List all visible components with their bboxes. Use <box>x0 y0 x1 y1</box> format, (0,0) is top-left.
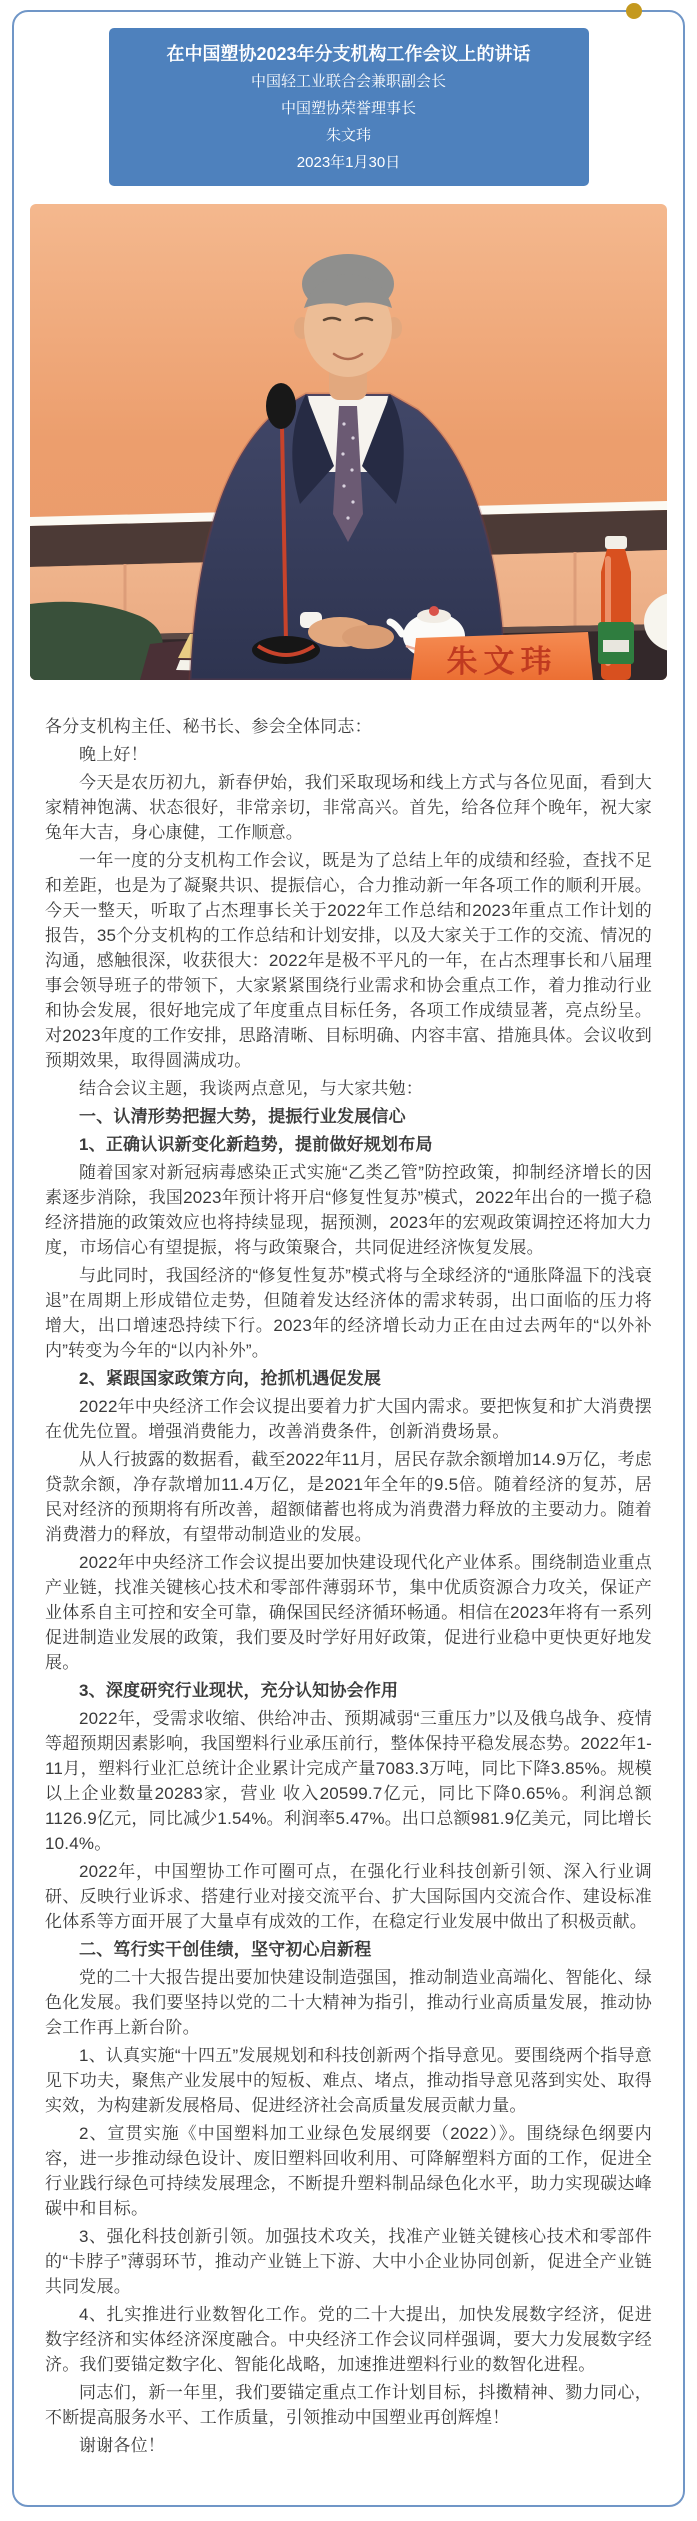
paragraph: 党的二十大报告提出要加快建设制造强国，推动制造业高端化、智能化、绿色化发展。我们… <box>45 1965 652 2040</box>
paragraph: 随着国家对新冠病毒感染正式实施“乙类乙管”防控政策，抑制经济增长的因素逐步消除，… <box>45 1160 652 1260</box>
speaker-photo[interactable]: 朱文玮 <box>30 204 667 680</box>
accent-dot-icon <box>626 3 642 19</box>
closing: 谢谢各位！ <box>45 2433 652 2458</box>
speaker-photo-illustration: 朱文玮 <box>30 204 667 680</box>
salutation: 各分支机构主任、秘书长、参会全体同志： <box>45 714 652 739</box>
speaker-role-line: 中国塑协荣誉理事长 <box>121 96 577 121</box>
paragraph: 晚上好！ <box>45 742 652 767</box>
nameplate-text: 朱文玮 <box>447 644 558 679</box>
paragraph: 2022年，受需求收缩、供给冲击、预期减弱“三重压力”以及俄乌战争、疫情等超预期… <box>45 1706 652 1856</box>
speech-body: 各分支机构主任、秘书长、参会全体同志： 晚上好！ 今天是农历初九，新春伊始，我们… <box>45 714 652 2458</box>
paragraph: 2022年中央经济工作会议提出要着力扩大国内需求。要把恢复和扩大消费摆在优先位置… <box>45 1394 652 1444</box>
paragraph: 与此同时，我国经济的“修复性复苏”模式将与全球经济的“通胀降温下的浅衰退”在周期… <box>45 1263 652 1363</box>
speaker-name-line: 朱文玮 <box>121 123 577 148</box>
paragraph: 2、宣贯实施《中国塑料加工业绿色发展纲要（2022）》。围绕绿色纲要内容，进一步… <box>45 2121 652 2221</box>
speech-header-card: 在中国塑协2023年分支机构工作会议上的讲话 中国轻工业联合会兼职副会长 中国塑… <box>109 28 589 186</box>
hand-right <box>342 625 394 649</box>
subsection-heading-1-3: 3、深度研究行业现状，充分认知协会作用 <box>45 1678 652 1703</box>
article-frame: 在中国塑协2023年分支机构工作会议上的讲话 中国轻工业联合会兼职副会长 中国塑… <box>12 10 685 2507</box>
paragraph: 2022年，中国塑协工作可圈可点，在强化行业科技创新引领、深入行业调研、反映行业… <box>45 1859 652 1934</box>
paragraph: 一年一度的分支机构工作会议，既是为了总结上年的成绩和经验，查找不足和差距，也是为… <box>45 848 652 1073</box>
paragraph: 3、强化科技创新引领。加强技术攻关，找准产业链关键核心技术和零部件的“卡脖子”薄… <box>45 2224 652 2299</box>
section-heading-2: 二、笃行实干创佳绩，坚守初心启新程 <box>45 1937 652 1962</box>
subsection-heading-1-2: 2、紧跟国家政策方向，抢抓机遇促发展 <box>45 1366 652 1391</box>
paragraph: 4、扎实推进行业数智化工作。党的二十大提出，加快发展数字经济，促进数字经济和实体… <box>45 2302 652 2377</box>
paragraph: 结合会议主题，我谈两点意见，与大家共勉： <box>45 1076 652 1101</box>
speech-title: 在中国塑协2023年分支机构工作会议上的讲话 <box>121 41 577 67</box>
paragraph: 今天是农历初九，新春伊始，我们采取现场和线上方式与各位见面，看到大家精神饱满、状… <box>45 770 652 845</box>
speech-date-line: 2023年1月30日 <box>121 150 577 175</box>
paragraph: 从人行披露的数据看，截至2022年11月，居民存款余额增加14.9万亿，考虑贷款… <box>45 1447 652 1547</box>
nameplate: 朱文玮 <box>411 632 593 680</box>
subsection-heading-1-1: 1、正确认识新变化新趋势，提前做好规划布局 <box>45 1132 652 1157</box>
paragraph: 1、认真实施“十四五”发展规划和科技创新两个指导意见。要围绕两个指导意见下功夫，… <box>45 2043 652 2118</box>
paragraph: 2022年中央经济工作会议提出要加快建设现代化产业体系。围绕制造业重点产业链，找… <box>45 1550 652 1675</box>
speaker-org-line: 中国轻工业联合会兼职副会长 <box>121 69 577 94</box>
section-heading-1: 一、认清形势把握大势，提振行业发展信心 <box>45 1104 652 1129</box>
paragraph: 同志们，新一年里，我们要锚定重点工作计划目标，抖擞精神、勠力同心，不断提高服务水… <box>45 2380 652 2430</box>
